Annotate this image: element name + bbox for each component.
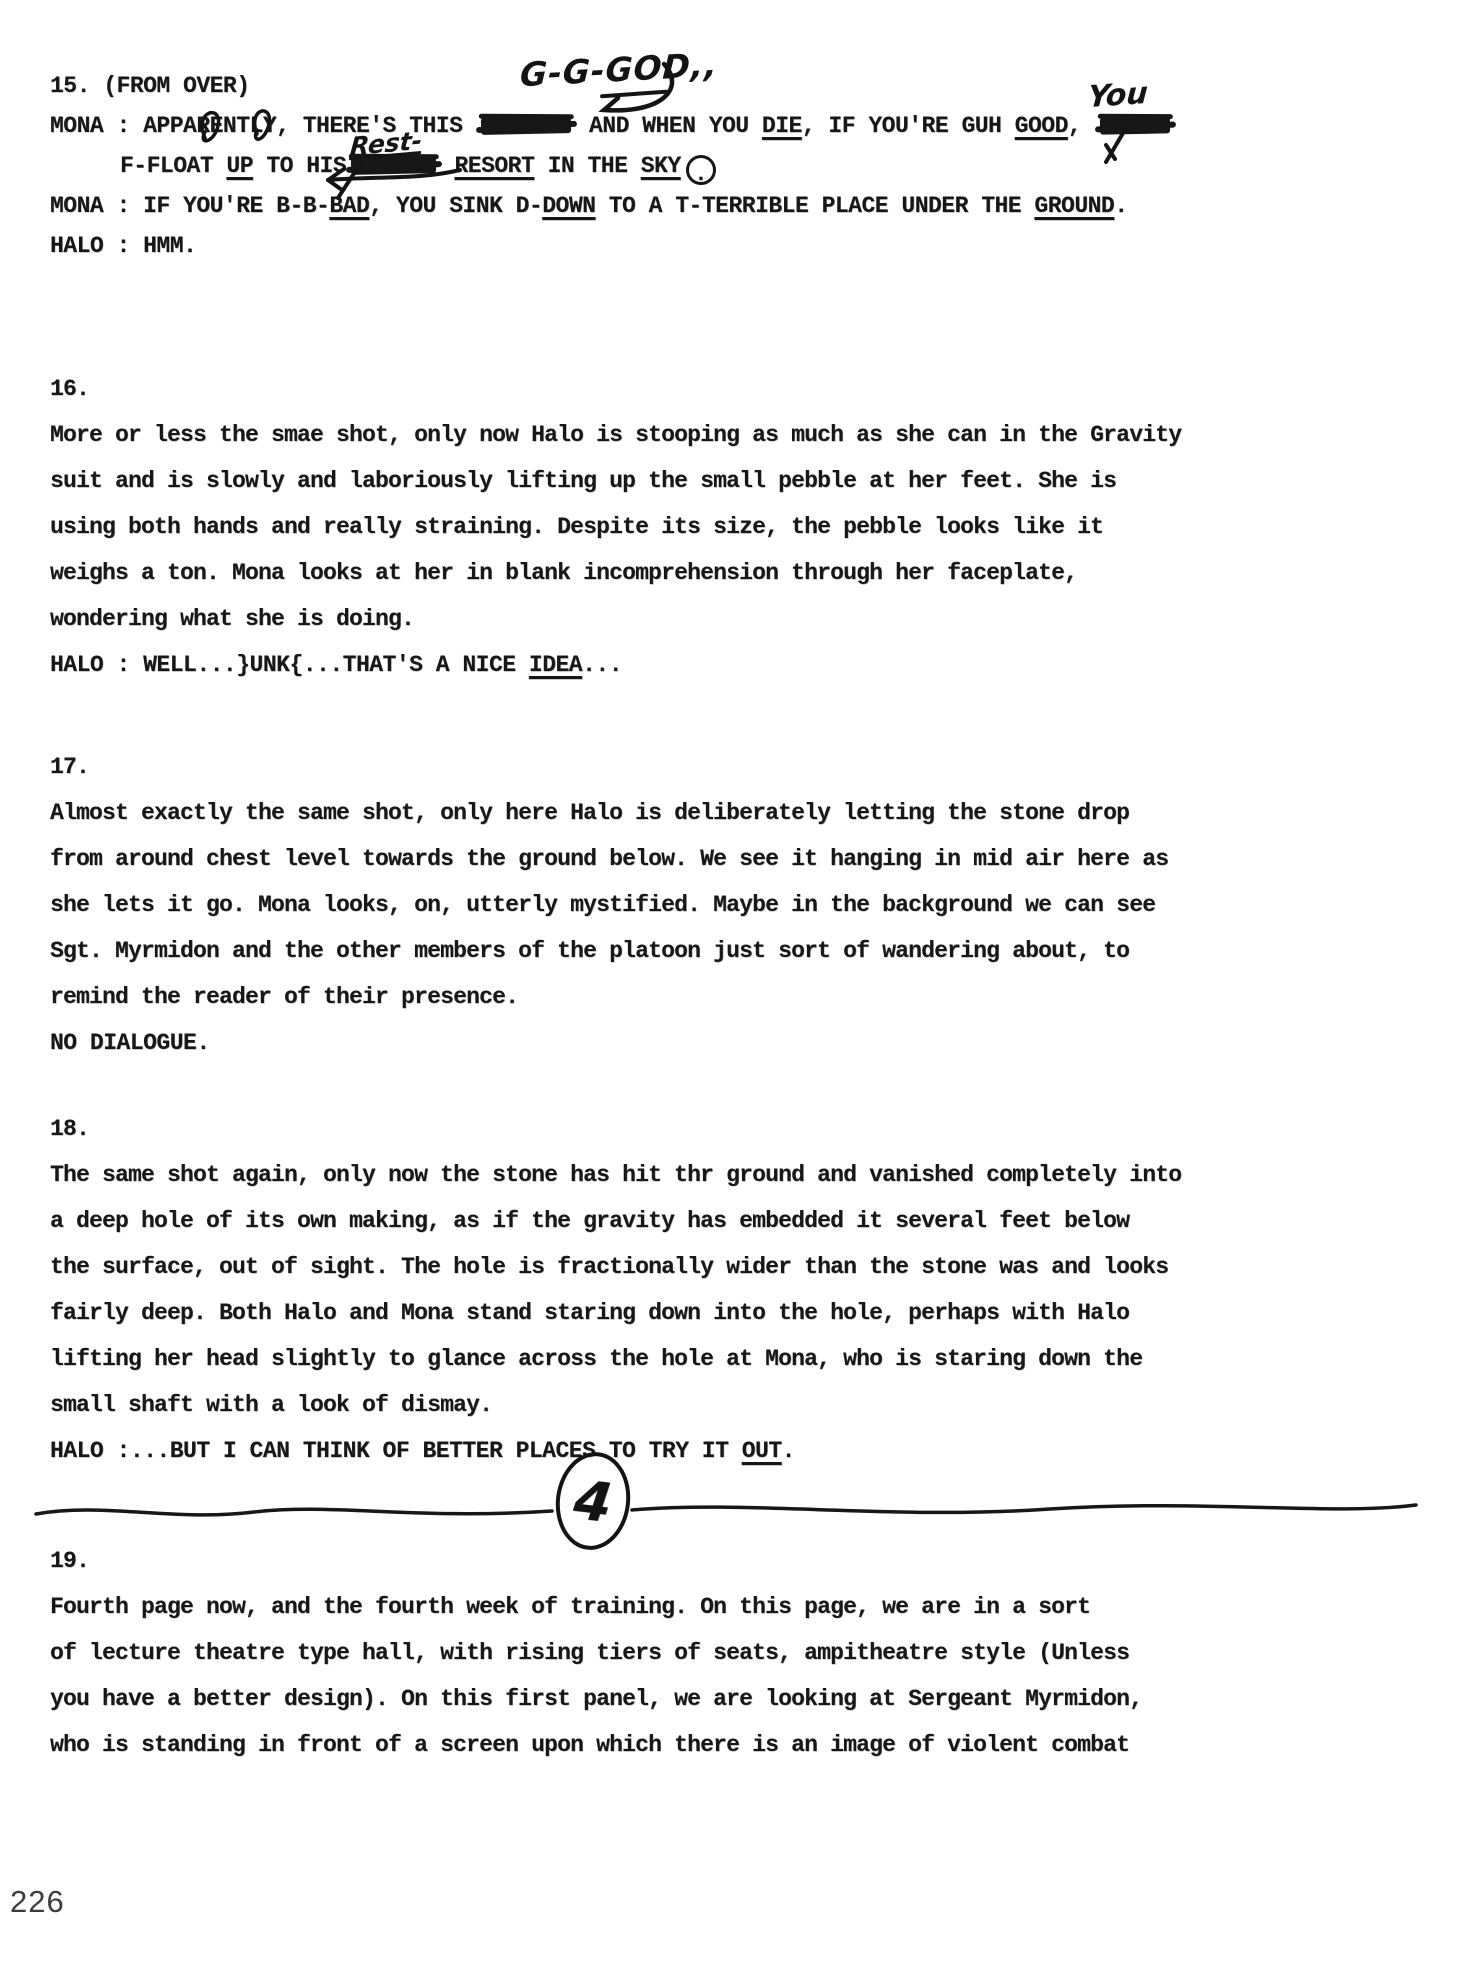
text-run: small shaft with a look of dismay. [50,1392,492,1418]
underlined-word: UP [226,153,253,179]
script-line: remind the reader of their presence. [50,974,1441,1020]
text-run: HALO : HMM. [50,233,196,259]
text-run: using both hands and really straining. D… [50,514,1103,540]
script-line: fairly deep. Both Halo and Mona stand st… [50,1290,1441,1336]
script-line: who is standing in front of a screen upo… [50,1722,1441,1768]
script-line: you have a better design). On this first… [50,1676,1441,1722]
text-run: 16. [50,376,89,402]
text-run: the surface, out of sight. The hole is f… [50,1254,1168,1280]
dialogue-line: HALO :...BUT I CAN THINK OF BETTER PLACE… [50,1428,1441,1474]
text-run: F-FLOAT [120,153,226,179]
text-run: NO DIALOGUE. [50,1030,210,1056]
text-run: 17. [50,754,89,780]
insertion-caret-icon [1098,126,1132,164]
panel-number: 19. [50,1538,1441,1584]
panel-number: 17. [50,744,1441,790]
script-line: the surface, out of sight. The hole is f… [50,1244,1441,1290]
text-run: , [1068,113,1095,139]
dialogue-line: MONA : IF YOU'RE B-B-BAD, YOU SINK D-DOW… [50,186,1441,226]
text-run: MONA : IF YOU'RE B-B- [50,193,329,219]
script-line: Sgt. Myrmidon and the other members of t… [50,928,1441,974]
page-number: 226 [10,1884,65,1920]
underlined-word: GOOD [1015,113,1068,139]
text-run: 15. (FROM OVER) [50,73,250,99]
hand-divider: 4 [34,1482,1441,1532]
text-run: of lecture theatre type hall, with risin… [50,1640,1129,1666]
script-line: a deep hole of its own making, as if the… [50,1198,1441,1244]
underlined-word: SKY [641,153,681,179]
circled-period: . [686,155,716,185]
script-body: 15. (FROM OVER)MONA : APPARENTLY, THERE'… [0,0,1477,1768]
text-run: wondering what she is doing. [50,606,414,632]
script-line: Fourth page now, and the fourth week of … [50,1584,1441,1630]
script-line: she lets it go. Mona looks, on, utterly … [50,882,1441,928]
script-line: Almost exactly the same shot, only here … [50,790,1441,836]
text-run: Almost exactly the same shot, only here … [50,800,1129,826]
text-run: she lets it go. Mona looks, on, utterly … [50,892,1155,918]
section-19: 19.Fourth page now, and the fourth week … [50,1538,1441,1768]
script-line: suit and is slowly and laboriously lifti… [50,458,1441,504]
script-line: lifting her head slightly to glance acro… [50,1336,1441,1382]
underlined-word: DIE [762,113,802,139]
text-run: from around chest level towards the grou… [50,846,1168,872]
section-16: 16.More or less the smae shot, only now … [50,366,1441,688]
script-line: of lecture theatre type hall, with risin… [50,1630,1441,1676]
text-run: HALO : WELL...}UNK{...THAT'S A NICE [50,652,529,678]
circled-number-value: 4 [571,1467,616,1534]
underlined-word: IDEA [529,652,582,678]
text-run: HALO :...BUT I CAN THINK OF BETTER PLACE… [50,1438,742,1464]
divider-line-right-icon [630,1496,1420,1522]
section-17: 17.Almost exactly the same shot, only he… [50,744,1441,1066]
dialogue-line: HALO : HMM. [50,226,1441,266]
script-line: More or less the smae shot, only now Hal… [50,412,1441,458]
text-run: TO A T-TERRIBLE PLACE UNDER THE [595,193,1034,219]
dialogue-line: NO DIALOGUE. [50,1020,1441,1066]
text-run: Sgt. Myrmidon and the other members of t… [50,938,1129,964]
script-line: from around chest level towards the grou… [50,836,1441,882]
text-run: weighs a ton. Mona looks at her in blank… [50,560,1077,586]
dialogue-line: HALO : WELL...}UNK{...THAT'S A NICE IDEA… [50,642,1441,688]
text-run: fairly deep. Both Halo and Mona stand st… [50,1300,1129,1326]
text-run: you have a better design). On this first… [50,1686,1142,1712]
underlined-word: GROUND [1034,193,1114,219]
text-run: ... [582,652,622,678]
underlined-word: DOWN [542,193,595,219]
handwritten-you: You [1087,76,1149,115]
script-line: weighs a ton. Mona looks at her in blank… [50,550,1441,596]
text-run: IN THE [534,153,640,179]
text-run: . [1114,193,1127,219]
text-run: . [782,1438,795,1464]
script-line: using both hands and really straining. D… [50,504,1441,550]
section-18: 18.The same shot again, only now the sto… [50,1106,1441,1474]
panel-number: 18. [50,1106,1441,1152]
script-line: The same shot again, only now the stone … [50,1152,1441,1198]
text-run: who is standing in front of a screen upo… [50,1732,1129,1758]
text-run: , IF YOU'RE GUH [802,113,1015,139]
dialogue-line: F-FLOAT UP TO HIS RESORT IN THE SKY. [50,146,1441,186]
text-run: remind the reader of their presence. [50,984,518,1010]
script-page: 15. (FROM OVER)MONA : APPARENTLY, THERE'… [0,0,1477,1966]
text-run: lifting her head slightly to glance acro… [50,1346,1142,1372]
divider-line-left-icon [34,1498,554,1524]
insertion-arrow-icon [556,58,686,122]
text-run: 18. [50,1116,89,1142]
text-run: suit and is slowly and laboriously lifti… [50,468,1116,494]
script-line: wondering what she is doing. [50,596,1441,642]
left-arrow-icon [318,156,468,200]
script-line: small shaft with a look of dismay. [50,1382,1441,1428]
panel-number: 16. [50,366,1441,412]
correction-squiggle-icon [185,100,280,146]
text-run: Fourth page now, and the fourth week of … [50,1594,1090,1620]
section-15: 15. (FROM OVER)MONA : APPARENTLY, THERE'… [50,66,1441,266]
text-run: a deep hole of its own making, as if the… [50,1208,1129,1234]
text-run: 19. [50,1548,89,1574]
text-run: The same shot again, only now the stone … [50,1162,1181,1188]
underlined-word: OUT [742,1438,782,1464]
text-run: More or less the smae shot, only now Hal… [50,422,1181,448]
